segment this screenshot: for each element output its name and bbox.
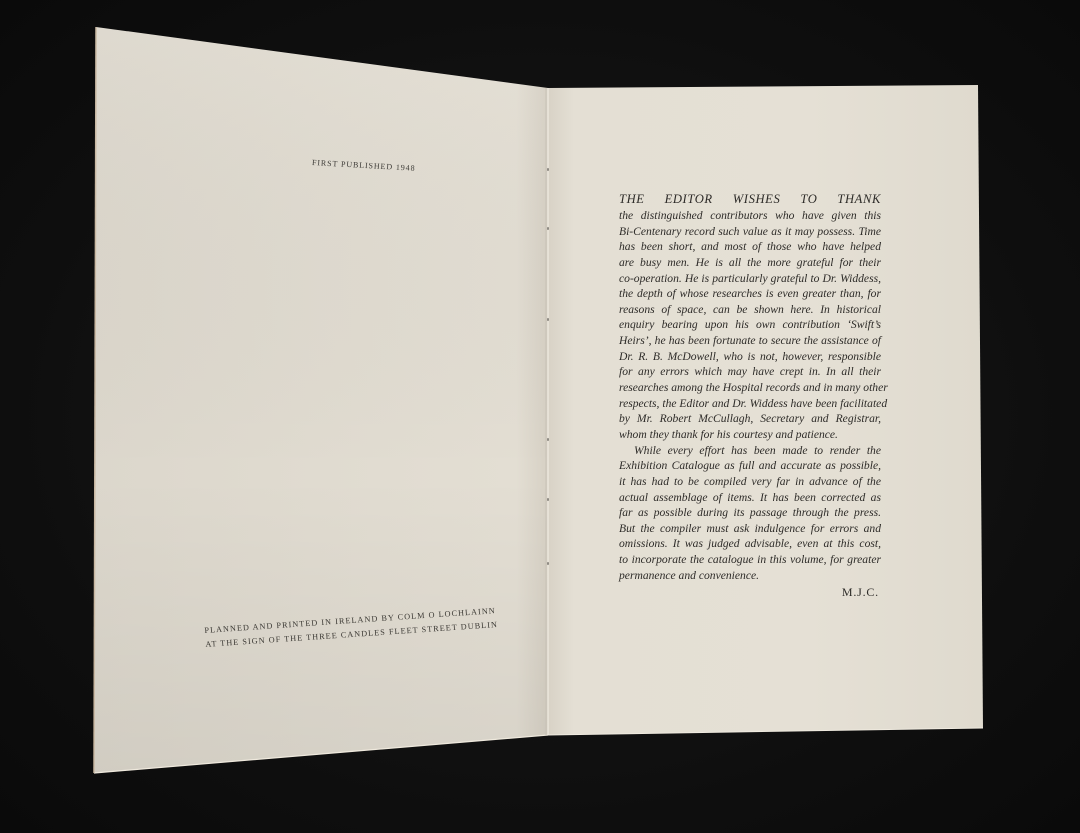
text-line: to incorporate the catalogue in this vol…	[619, 552, 881, 568]
paragraph-1: the distinguished contributors who have …	[619, 208, 881, 443]
text-line: Heirs’, he has been fortunate to secure …	[619, 333, 881, 349]
first-published-notice: FIRST PUBLISHED 1948	[312, 158, 416, 173]
text-line: actual assemblage of items. It has been …	[619, 490, 881, 506]
text-line: enquiry bearing upon his own contributio…	[619, 317, 881, 333]
heading-word: TO	[800, 191, 817, 208]
text-line: co-operation. He is particularly gratefu…	[619, 271, 881, 287]
heading-word: THE	[619, 191, 645, 208]
text-line: Exhibition Catalogue as full and accurat…	[619, 458, 881, 474]
text-line: by Mr. Robert McCullagh, Secretary and R…	[619, 411, 881, 427]
editor-signature: M.J.C.	[619, 585, 881, 601]
text-line: omissions. It was judged advisable, even…	[619, 536, 881, 552]
text-line: Bi-Centenary record such value as it may…	[619, 224, 881, 240]
text-line: for any errors which may have crept in. …	[619, 364, 881, 380]
text-line: researches among the Hospital records an…	[619, 380, 881, 396]
heading-word: WISHES	[733, 191, 781, 208]
text-line: it has had to be compiled very far in ad…	[619, 474, 881, 490]
paragraph-2: While every effort has been made to rend…	[619, 443, 881, 584]
text-line: permanence and convenience.	[619, 568, 881, 584]
heading-word: EDITOR	[665, 191, 713, 208]
printer-imprint: PLANNED AND PRINTED IN IRELAND BY COLM O…	[204, 604, 498, 652]
editor-acknowledgement: THE EDITOR WISHES TO THANK the distingui…	[619, 191, 881, 601]
text-line: far as possible during its passage throu…	[619, 505, 881, 521]
text-line: has been short, and most of those who ha…	[619, 239, 881, 255]
text-line: Dr. R. B. McDowell, who is not, however,…	[619, 349, 881, 365]
text-line: respects, the Editor and Dr. Widdess hav…	[619, 396, 881, 412]
text-line: But the compiler must ask indulgence for…	[619, 521, 881, 537]
heading-word: THANK	[837, 191, 881, 208]
text-line: the distinguished contributors who have …	[619, 208, 881, 224]
text-line: While every effort has been made to rend…	[619, 443, 881, 459]
text-line: whom they thank for his courtesy and pat…	[619, 427, 881, 443]
text-line: the depth of whose researches is even gr…	[619, 286, 881, 302]
text-line: reasons of space, can be shown here. In …	[619, 302, 881, 318]
acknowledgement-heading: THE EDITOR WISHES TO THANK	[619, 191, 881, 208]
photo-scene: FIRST PUBLISHED 1948 PLANNED AND PRINTED…	[0, 0, 1080, 833]
text-line: are busy men. He is all the more gratefu…	[619, 255, 881, 271]
